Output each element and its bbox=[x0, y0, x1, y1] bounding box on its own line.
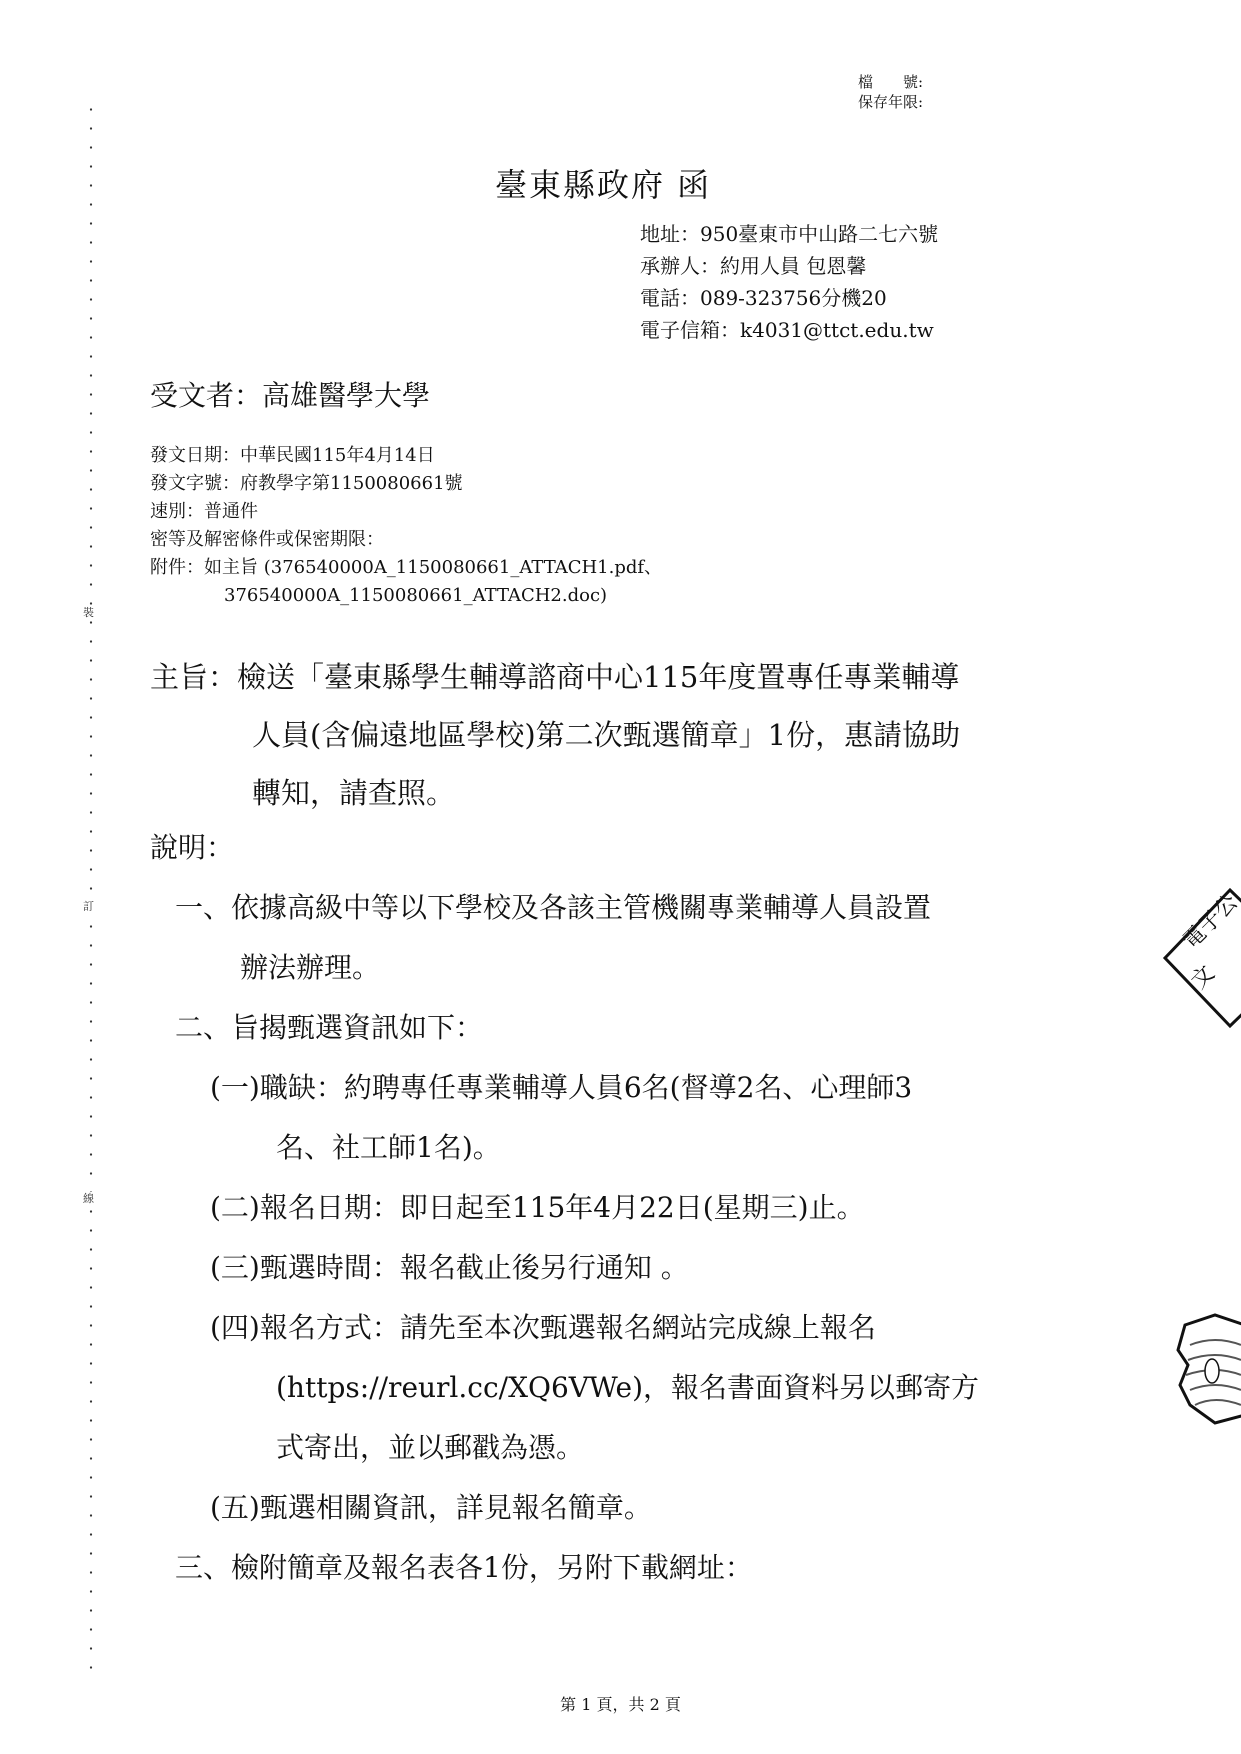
explanation-heading: 說明： bbox=[150, 826, 234, 866]
document-title: 臺東縣政府 函 bbox=[495, 160, 711, 206]
electronic-seal-stamp: 電子公 文 bbox=[1130, 880, 1241, 1030]
speed: 速別：普通件 bbox=[150, 498, 662, 526]
sender-email: 電子信箱：k4031@ttct.edu.tw bbox=[640, 314, 938, 346]
seal-emblem bbox=[1160, 1305, 1241, 1425]
svg-text:文: 文 bbox=[1187, 961, 1220, 994]
sender-contact: 承辦人：約用人員 包恩馨 bbox=[640, 250, 938, 282]
secrecy: 密等及解密條件或保密期限： bbox=[150, 526, 662, 554]
subject-line-2: 人員(含偏遠地區學校)第二次甄選簡章」1份，惠請協助 bbox=[150, 706, 960, 764]
sender-phone: 電話：089-323756分機20 bbox=[640, 282, 938, 314]
sub-item-5: (五)甄選相關資訊，詳見報名簡章。 bbox=[210, 1486, 652, 1526]
sub-item-2: (二)報名日期：即日起至115年4月22日(星期三)止。 bbox=[210, 1186, 865, 1226]
item-1-line-1: 一、依據高級中等以下學校及各該主管機關專業輔導人員設置 bbox=[175, 886, 931, 926]
attachment-line-2: 376540000A_1150080661_ATTACH2.doc) bbox=[150, 582, 662, 610]
binding-mark-zhuang: 裝 bbox=[83, 606, 94, 620]
file-meta: 檔 號: 保存年限: bbox=[858, 72, 923, 112]
sub-item-4-line-2: (https://reurl.cc/XQ6VWe)，報名書面資料另以郵寄方 bbox=[276, 1366, 979, 1406]
sub-item-1-line-1: (一)職缺：約聘專任專業輔導人員6名(督導2名、心理師3 bbox=[210, 1066, 912, 1106]
subject-line-1: 主旨：檢送「臺東縣學生輔導諮商中心115年度置專任專業輔導 bbox=[150, 648, 960, 706]
item-2: 二、旨揭甄選資訊如下： bbox=[175, 1006, 483, 1046]
recipient: 受文者：高雄醫學大學 bbox=[150, 374, 430, 414]
binding-dotted-line bbox=[89, 100, 93, 1680]
doc-number: 發文字號：府教學字第1150080661號 bbox=[150, 470, 662, 498]
binding-mark-xian: 線 bbox=[83, 1192, 94, 1206]
sub-item-3: (三)甄選時間：報名截止後另行通知 。 bbox=[210, 1246, 689, 1286]
svg-text:電子公: 電子公 bbox=[1179, 890, 1241, 954]
attachment-line-1: 附件：如主旨 (376540000A_1150080661_ATTACH1.pd… bbox=[150, 554, 662, 582]
sub-item-4-line-3: 式寄出，並以郵戳為憑。 bbox=[276, 1426, 584, 1466]
item-1-line-2: 辦法辦理。 bbox=[240, 946, 380, 986]
file-no-label: 檔 號: bbox=[858, 72, 923, 92]
page-footer: 第 1 頁，共 2 頁 bbox=[0, 1692, 1241, 1715]
sender-info: 地址：950臺東市中山路二七六號 承辦人：約用人員 包恩馨 電話：089-323… bbox=[640, 218, 938, 346]
subject-line-3: 轉知，請查照。 bbox=[150, 764, 960, 822]
document-meta: 發文日期：中華民國115年4月14日 發文字號：府教學字第1150080661號… bbox=[150, 442, 662, 610]
sub-item-4-line-1: (四)報名方式：請先至本次甄選報名網站完成線上報名 bbox=[210, 1306, 876, 1346]
issue-date: 發文日期：中華民國115年4月14日 bbox=[150, 442, 662, 470]
retention-label: 保存年限: bbox=[858, 92, 923, 112]
sub-item-1-line-2: 名、社工師1名)。 bbox=[276, 1126, 501, 1166]
item-3: 三、檢附簡章及報名表各1份，另附下載網址： bbox=[175, 1546, 753, 1586]
subject: 主旨：檢送「臺東縣學生輔導諮商中心115年度置專任專業輔導 人員(含偏遠地區學校… bbox=[150, 648, 960, 822]
sender-address: 地址：950臺東市中山路二七六號 bbox=[640, 218, 938, 250]
binding-mark-ding: 訂 bbox=[83, 900, 94, 914]
